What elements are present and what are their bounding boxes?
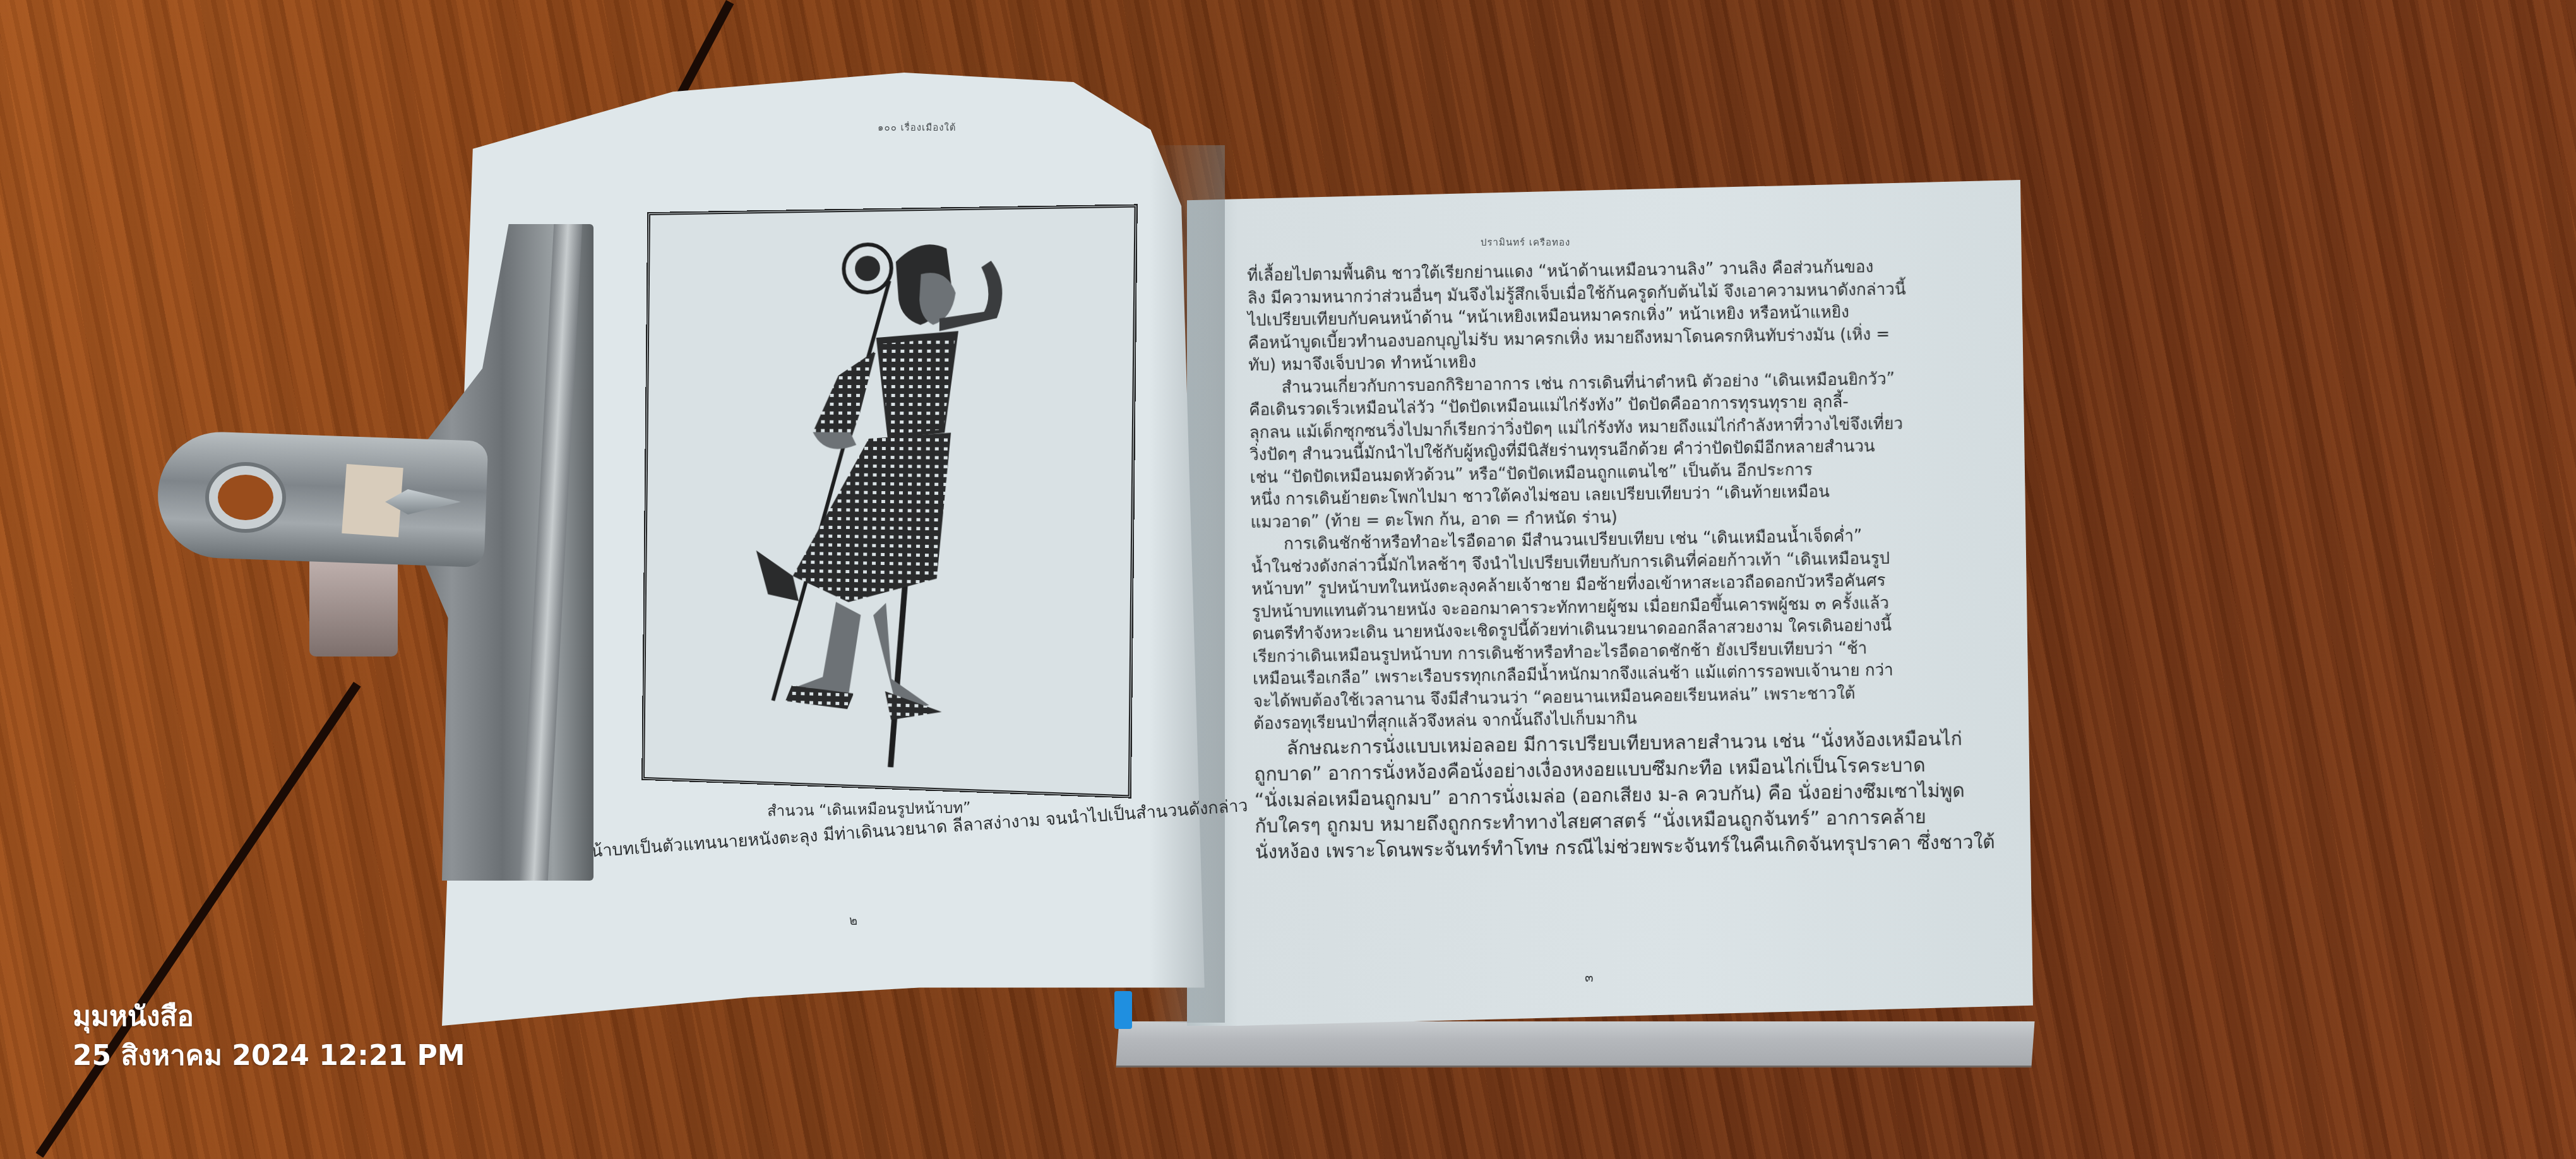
right-running-head: ปรามินทร์ เครือทอง	[1481, 235, 1570, 250]
right-page-number: ๓	[1585, 967, 1594, 987]
right-page-body-text: ที่เลื้อยไปตามพื้นดิน ชาวใต้เรียกย่านแดง…	[1247, 256, 1912, 865]
watermark-datetime: 25 สิงหาคม 2024 12:21 PM	[73, 1037, 465, 1076]
gutter-shadow	[1149, 145, 1225, 1023]
photo-watermark: มุมหนังสือ 25 สิงหาคม 2024 12:21 PM	[73, 997, 465, 1076]
shadow-puppet-illustration	[729, 222, 1030, 772]
book-cover-edge	[1114, 991, 1132, 1029]
book-page-block-edge	[1116, 1021, 2034, 1067]
left-page-number: ๒	[849, 910, 857, 930]
left-running-head: ๑๐๐ เรื่องเมืองใต้	[878, 120, 957, 135]
clip-spring-hinge	[309, 556, 398, 657]
watermark-title: มุมหนังสือ	[73, 997, 465, 1037]
table-plank-gap	[36, 682, 361, 1158]
clip-hang-hole	[218, 475, 273, 520]
illustration-frame	[641, 204, 1138, 798]
